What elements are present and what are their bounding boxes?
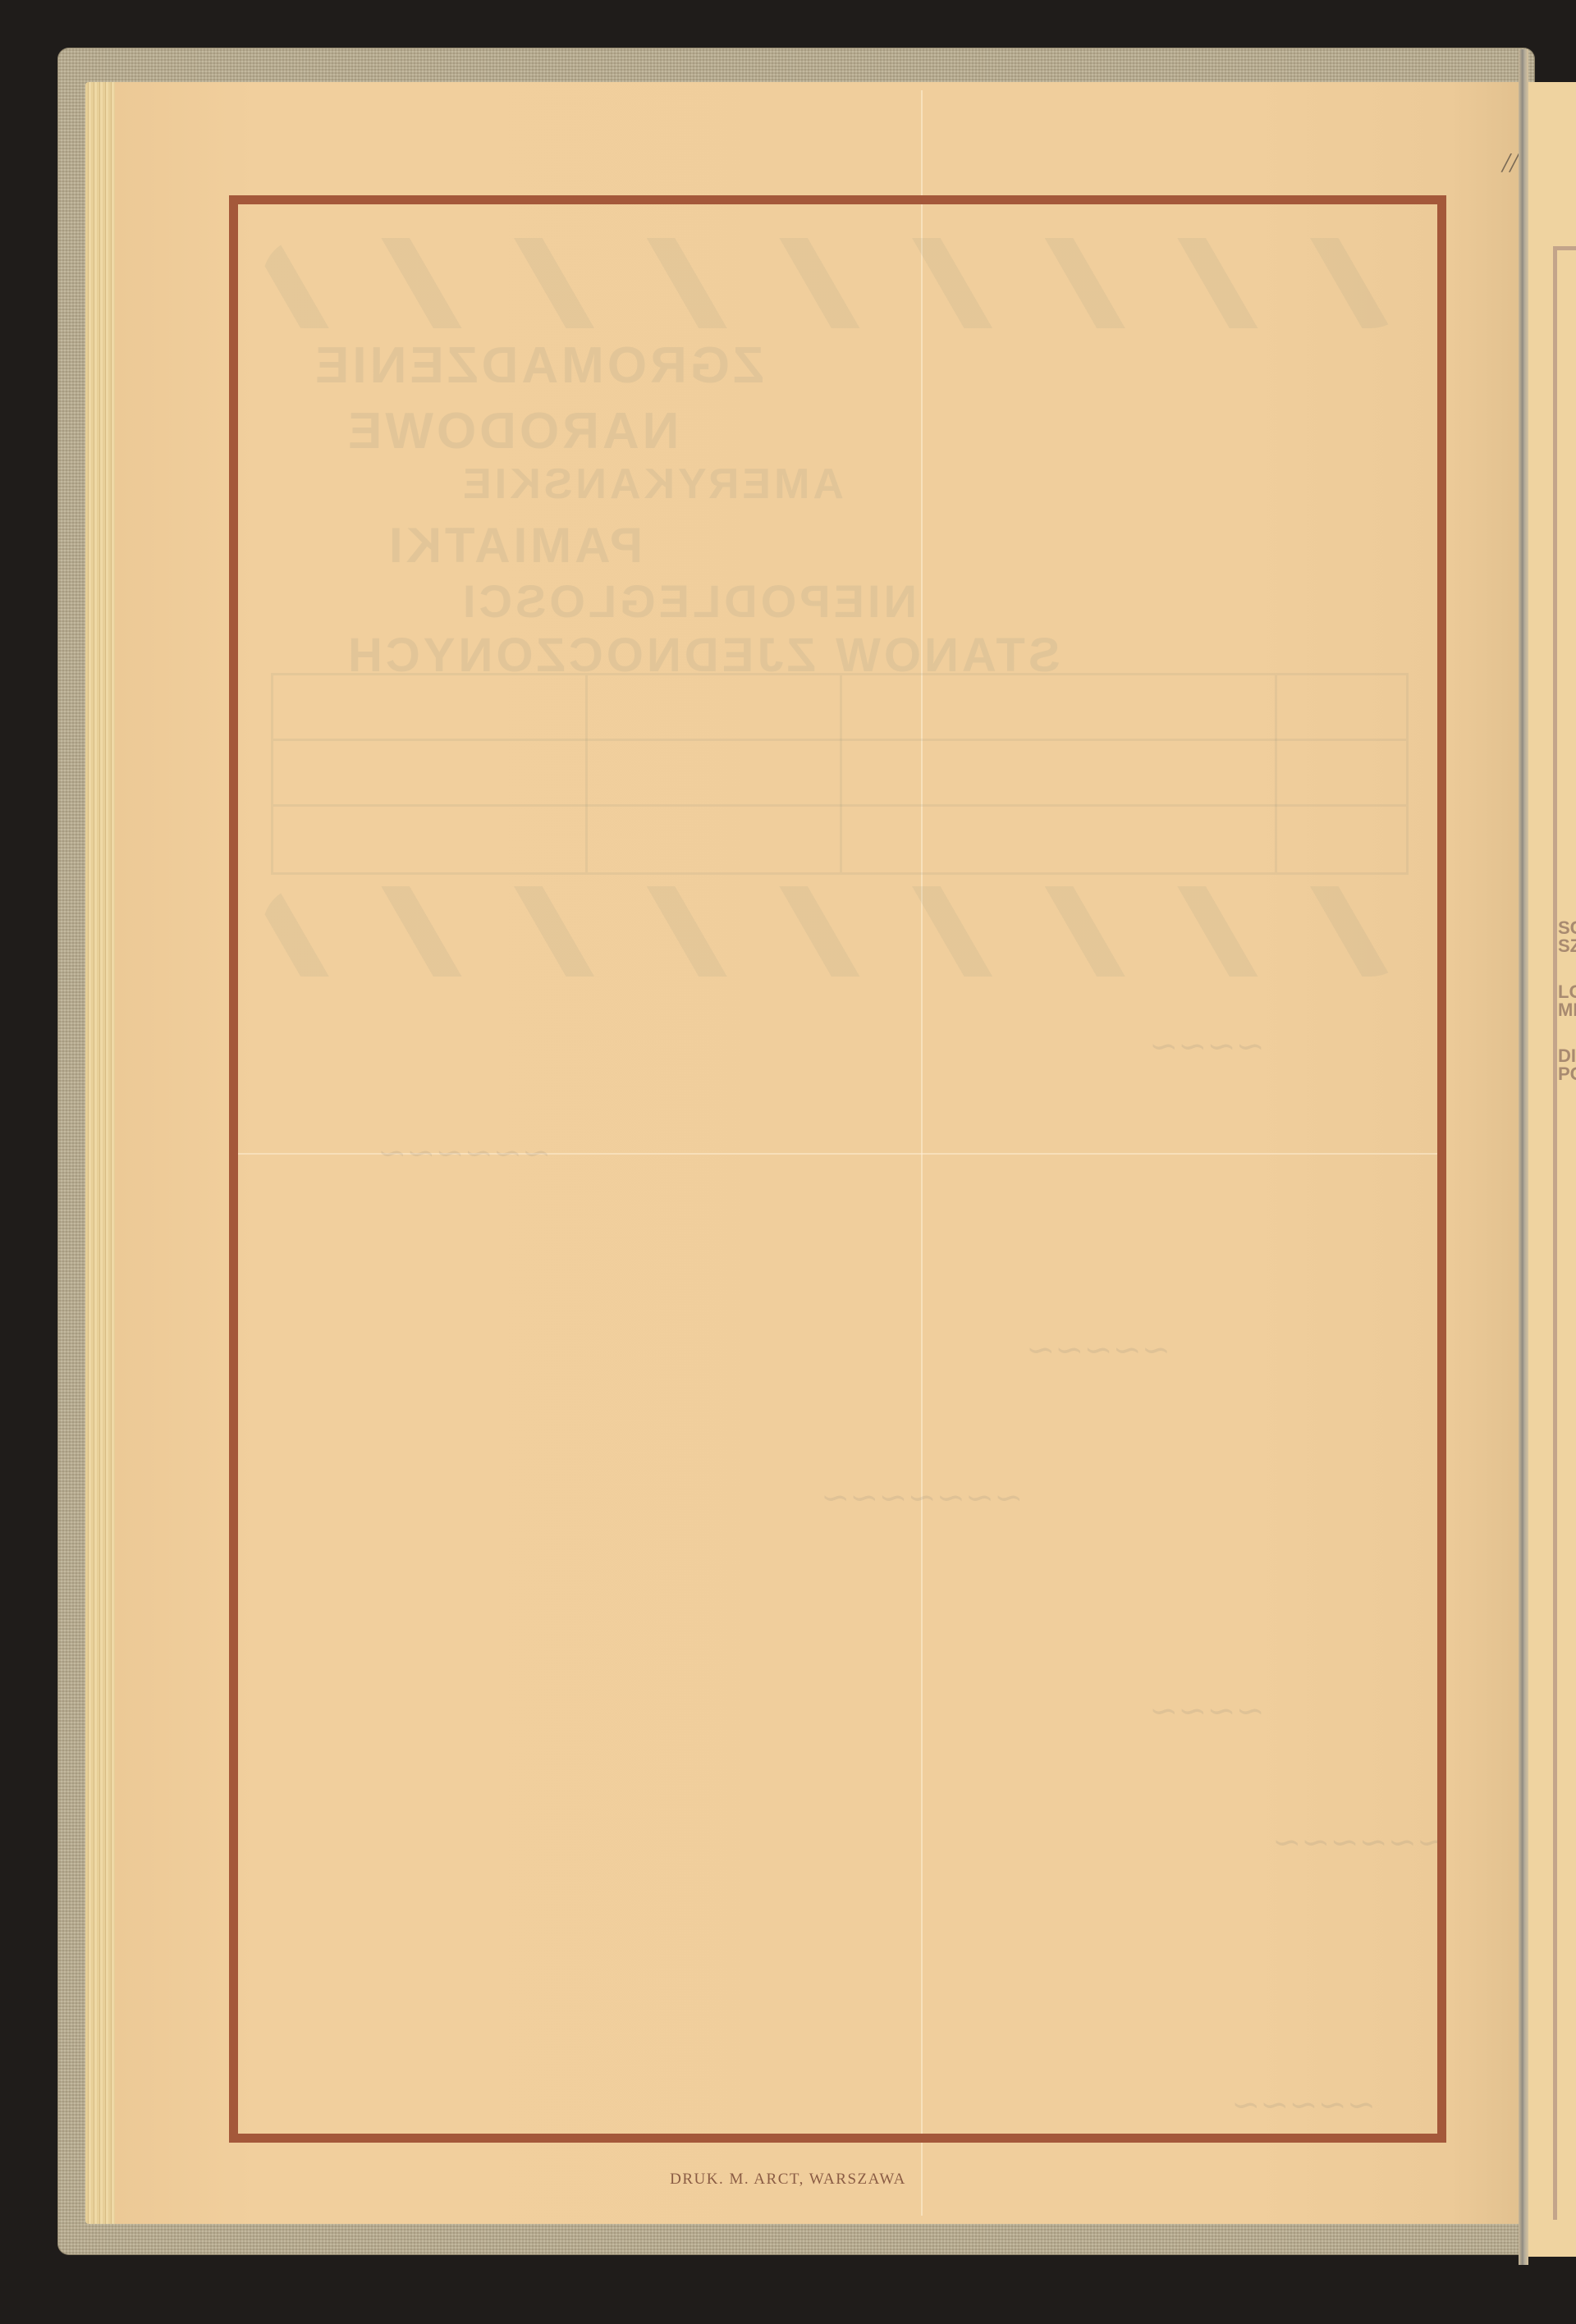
- margin-pencil-mark: //: [1502, 148, 1518, 179]
- next-page-frame: [1553, 246, 1576, 2220]
- next-page-text: PO: [1558, 1065, 1576, 1083]
- decorative-frame-border: [229, 195, 1446, 2143]
- page-stack-edges: [85, 82, 118, 2224]
- spine-gutter: [1519, 49, 1528, 2265]
- next-page-text: MI: [1558, 1001, 1576, 1019]
- next-page-text: SC: [1558, 919, 1576, 937]
- printer-imprint: DRUK. M. ARCT, WARSZAWA: [0, 2171, 1576, 2189]
- next-page-text: SZ: [1558, 937, 1576, 955]
- next-page-edge: SC SZ LO MI DI PO: [1528, 82, 1576, 2257]
- next-page-text: LO: [1558, 983, 1576, 1001]
- next-page-text: DI: [1558, 1047, 1576, 1065]
